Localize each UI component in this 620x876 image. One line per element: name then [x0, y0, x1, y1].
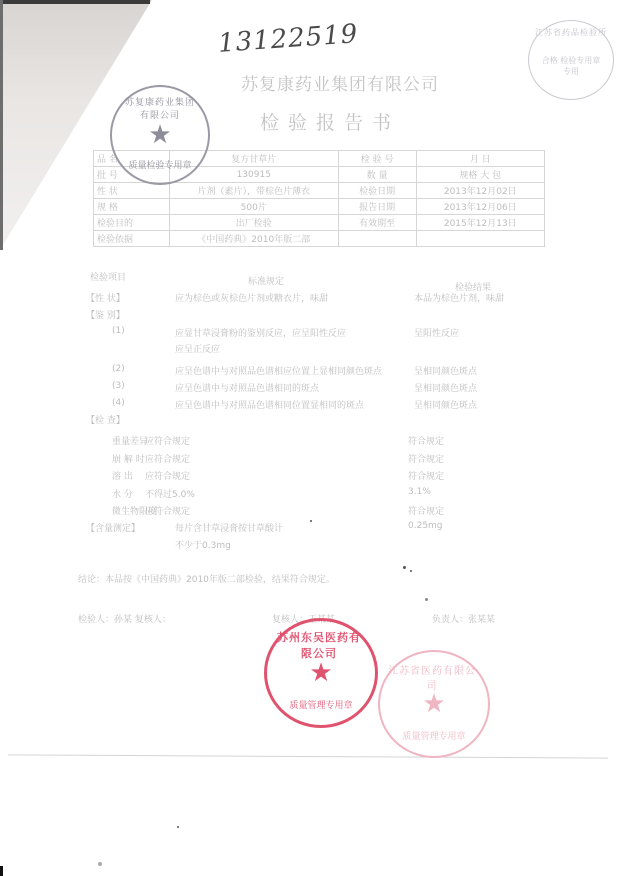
result-item: 崩 解 时	[112, 452, 145, 465]
result-value: 符合规定	[408, 469, 444, 482]
star-icon: ★	[422, 691, 445, 717]
company-qc-stamp: 苏复康药业集团有限公司 ★ 质量检验专用章	[110, 85, 210, 185]
field-label: 检 验 号	[338, 151, 416, 167]
result-value: 3.1%	[408, 487, 431, 497]
result-value: 呈相同颜色斑点	[414, 381, 477, 394]
speck	[177, 826, 179, 828]
result-standard: 应显甘草浸膏粉的鉴别反应，应呈阳性反应	[175, 326, 346, 339]
results-header-standard: 标准规定	[248, 274, 284, 287]
result-item: (4)	[112, 398, 125, 408]
header-table-row: 检验依据《中国药典》2010年版二部	[94, 231, 545, 247]
result-standard: 应呈正反应	[175, 342, 220, 355]
speck	[425, 598, 428, 601]
speck	[403, 566, 406, 569]
signature-approver: 负责人：张某某	[432, 612, 495, 625]
field-label: 有效期至	[338, 215, 416, 231]
stamp-ring-text: 江苏省医药有限公司	[386, 662, 478, 692]
result-standard: 应符合规定	[145, 469, 190, 482]
result-item: 【性 状】	[86, 291, 125, 304]
field-value: 《中国药典》2010年版二部	[169, 231, 338, 247]
field-label: 数 量	[338, 167, 416, 183]
star-icon: ★	[309, 660, 332, 686]
stamp-ring-text: 苏复康药业集团有限公司	[122, 95, 198, 121]
result-value: 0.25mg	[408, 521, 443, 531]
distributor-stamp-red: 苏州东吴医药有限公司 ★ 质量管理专用章	[264, 618, 378, 728]
speck	[410, 570, 412, 572]
field-value: 2013年12月06日	[416, 199, 544, 215]
field-value: 出厂检验	[169, 215, 338, 231]
scanner-edge-top	[0, 0, 150, 4]
inspection-stamp: 江苏省药品检验所 合格 检验专用章 专用	[528, 20, 614, 100]
result-value: 符合规定	[408, 434, 444, 447]
field-label: 检验目的	[94, 215, 170, 231]
result-item: 【鉴 别】	[86, 308, 125, 321]
conclusion: 结论：本品按《中国药典》2010年版二部检验，结果符合规定。	[78, 572, 335, 585]
stamp-ring-text: 苏州东吴医药有限公司	[273, 629, 365, 661]
result-standard: 应符合规定	[145, 504, 190, 517]
result-standard: 每片含甘草浸膏按甘草酸计	[175, 521, 283, 534]
stamp-inner-text: 质量检验专用章	[122, 158, 199, 171]
result-standard: 不得过5.0%	[145, 487, 195, 500]
distributor-stamp-pink: 江苏省医药有限公司 ★ 质量管理专用章	[378, 650, 490, 758]
scanner-edge-left	[0, 0, 3, 250]
result-item: (2)	[112, 364, 125, 374]
result-standard: 应呈色谱中与对照品色谱相应位置上显相同颜色斑点	[175, 364, 382, 377]
stamp-ring-text: 江苏省药品检验所	[533, 27, 609, 38]
field-label: 检验依据	[94, 231, 170, 247]
result-standard: 应呈色谱中与对照品色谱相同位置显相同的斑点	[175, 398, 364, 411]
result-item: 水 分	[112, 487, 133, 500]
result-item: 【含量测定】	[86, 521, 140, 534]
result-value: 呈阳性反应	[414, 326, 459, 339]
field-value: 500片	[169, 199, 338, 215]
result-item: (1)	[112, 326, 125, 336]
star-icon: ★	[148, 122, 171, 148]
signature-inspector: 检验人：孙某 复核人：	[78, 612, 171, 625]
field-value: 规格 大 包	[416, 167, 544, 183]
field-value: 片剂（素片），带棕色片薄衣	[169, 183, 338, 199]
result-standard: 应呈色谱中与对照品色谱相同的斑点	[175, 381, 319, 394]
result-standard: 不少于0.3mg	[175, 538, 231, 551]
result-value: 本品为棕色片剂，味甜	[414, 291, 504, 304]
field-label: 规 格	[94, 199, 170, 215]
report-title: 检验报告书	[245, 108, 415, 135]
results-header-item: 检验项目	[90, 270, 126, 283]
field-label: 报告日期	[338, 199, 416, 215]
stamp-inner-text: 合格 检验专用章 专用	[537, 55, 604, 77]
result-standard: 应符合规定	[145, 452, 190, 465]
stamp-inner-text: 质量管理专用章	[391, 729, 477, 742]
result-item: (3)	[112, 381, 125, 391]
result-value: 符合规定	[408, 504, 444, 517]
field-value: 月 日	[416, 151, 544, 167]
stamp-inner-text: 质量管理专用章	[278, 698, 364, 711]
field-value: 2013年12月02日	[416, 183, 544, 199]
field-value: 2015年12月13日	[416, 215, 544, 231]
field-label	[338, 231, 416, 247]
result-item: 溶 出	[112, 469, 133, 482]
result-standard: 应符合规定	[145, 434, 190, 447]
header-table-row: 检验目的出厂检验有效期至2015年12月13日	[94, 215, 545, 231]
field-value	[416, 231, 544, 247]
speck	[98, 862, 102, 866]
result-value: 符合规定	[408, 452, 444, 465]
field-label: 检验日期	[338, 183, 416, 199]
header-table-row: 规 格500片报告日期2013年12月06日	[94, 199, 545, 215]
company-name: 苏复康药业集团有限公司	[230, 70, 450, 95]
result-item: 重量差异	[112, 434, 148, 447]
result-value: 呈相同颜色斑点	[414, 398, 477, 411]
result-item: 【检 查】	[86, 413, 125, 426]
result-standard: 应为棕色或灰棕色片剂或糖衣片，味甜	[175, 291, 328, 304]
result-value: 呈相同颜色斑点	[414, 364, 477, 377]
speck	[310, 520, 312, 522]
scanner-edge-bottom	[0, 866, 3, 876]
